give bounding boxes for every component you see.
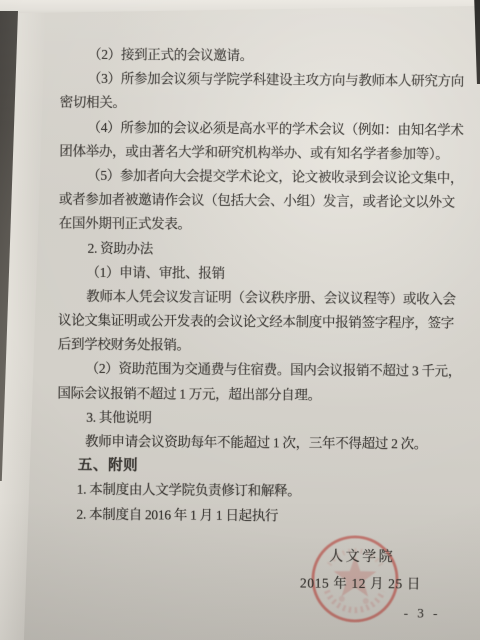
- document-line: 议论文集证明或公开发表的会议论文经本制度中报销签字程序，签字: [58, 309, 450, 336]
- document-line: 教师本人凭会议发言证明（会议秩序册、会议议程等）或收入会: [86, 285, 450, 312]
- document-line: 团体举办，或由著名大学和研究机构举办、或有知名学者参加等）。: [59, 139, 451, 166]
- document-line: 或者参加者被邀请作会议（包括大会、小组）发言，或者论文以外文: [59, 188, 451, 215]
- document-line: （5）参加者向大会提交学术论文，论文被收录到会议论文集中，: [87, 164, 451, 191]
- document-line: 2. 资助办法: [87, 236, 450, 263]
- document-line: （3）所参加会议须与学院学科建设主攻方向与教师本人研究方向: [88, 67, 452, 94]
- paper-sheet: （2）接到正式的会议邀请。（3）所参加会议须与学院学科建设主攻方向与教师本人研究…: [0, 0, 480, 640]
- document-line: （2）接到正式的会议邀请。: [88, 43, 452, 70]
- document-line: 在国外期刊正式发表。: [59, 212, 451, 239]
- document-line: （1）申请、审批、报销: [86, 260, 450, 287]
- document-line: 后到学校财务处报销。: [58, 333, 450, 360]
- document-line: 1. 本制度由人文学院负责修订和解释。: [77, 478, 449, 505]
- document-line: 教师申请会议资助每年不能超过 1 次，三年不得超过 2 次。: [85, 430, 449, 457]
- document-content: （2）接到正式的会议邀请。（3）所参加会议须与学院学科建设主攻方向与教师本人研究…: [0, 0, 480, 640]
- page-number: - 3 -: [404, 605, 441, 621]
- document-line: 2. 本制度自 2016 年 1 月 1 日起执行: [76, 502, 448, 529]
- document-line: 密切相关。: [60, 91, 452, 118]
- document-photo: （2）接到正式的会议邀请。（3）所参加会议须与学院学科建设主攻方向与教师本人研究…: [0, 0, 480, 640]
- signature-organization: 人文学院: [329, 546, 395, 567]
- document-line: 五、附则: [78, 454, 449, 481]
- document-body: （2）接到正式的会议邀请。（3）所参加会议须与学院学科建设主攻方向与教师本人研究…: [56, 43, 452, 530]
- document-line: 国际会议报销不超过 1 万元，超出部分自理。: [57, 381, 449, 408]
- signature-date: 2015 年 12 月 25 日: [300, 571, 421, 592]
- document-line: （2）资助范围为交通费与住宿费。国内会议报销不超过 3 千元，: [86, 357, 450, 384]
- document-line: （4）所参加的会议必须是高水平的学术会议（例如：由知名学术: [87, 115, 451, 142]
- document-line: 3. 其他说明: [86, 406, 449, 433]
